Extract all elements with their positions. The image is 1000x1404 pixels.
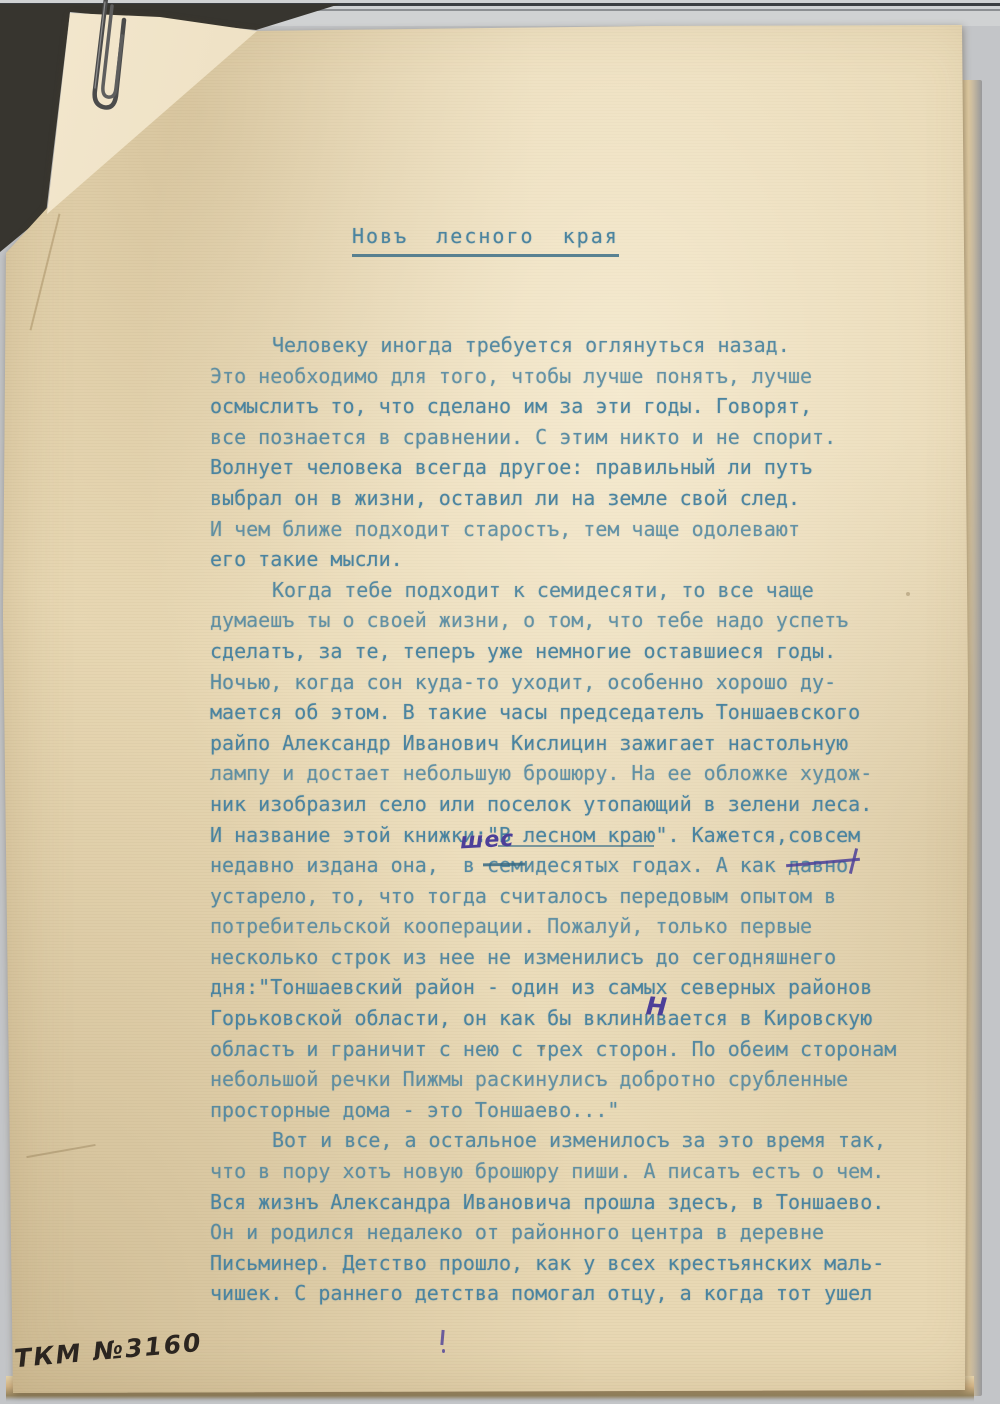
stain — [540, 1046, 545, 1050]
typescript-line: Горьковской области, он как бы вклинивае… — [210, 1003, 940, 1034]
typescript-line: устарело, то, что тогда считалосъ передо… — [210, 881, 940, 912]
typescript-line: недавно издана она, в семидесятых годах.… — [210, 850, 940, 881]
typescript-line: осмыслитъ то, что сделано им за эти годы… — [210, 391, 940, 422]
page-shadow-wrap: Новъ лесного края Человеку иногда требуе… — [0, 0, 1000, 1404]
typescript-line: потребительской кооперации. Пожалуй, тол… — [210, 911, 940, 942]
typescript-line: просторные дома - это Тоншаево..." — [210, 1095, 940, 1126]
typescript-line: сделатъ, за те, теперъ уже немногие оста… — [210, 636, 940, 667]
typescript-line: мается об этом. В такие часы председател… — [210, 697, 940, 728]
typescript-line: небольшой речки Пижмы раскинулисъ доброт… — [210, 1064, 940, 1095]
typescript-line: его такие мысли. — [210, 544, 940, 575]
pen-inserted-letter: Н — [645, 991, 668, 1021]
typescript-line: чишек. С раннего детства помогал отцу, а… — [210, 1278, 940, 1309]
typescript-line: Письминер. Детство прошло, как у всех кр… — [210, 1248, 940, 1279]
paper-crease — [26, 1144, 95, 1158]
typescript-line: выбрал он в жизни, оставил ли на земле с… — [210, 483, 940, 514]
typescript-line: райпо Александр Иванович Кислицин зажига… — [210, 728, 940, 759]
typescript-line: Когда тебе подходит к семидесяти, то все… — [210, 575, 940, 606]
typescript-line: областъ и граничит с нею с трех сторон. … — [210, 1034, 940, 1065]
paragraph: Человеку иногда требуется оглянуться наз… — [210, 330, 940, 575]
typescript-line: Вся жизнъ Александра Ивановича прошла зд… — [210, 1187, 940, 1218]
document-title: Новъ лесного края — [352, 224, 619, 257]
paperclip-icon — [78, 0, 138, 120]
typescript-line: дня:"Тоншаевский район - один из самых с… — [210, 972, 940, 1003]
typescript-line: лампу и достает небольшую брошюру. На ее… — [210, 758, 940, 789]
pen-correction-word: шес — [459, 827, 515, 855]
typescript-line: все познается в сравнении. С этим никто … — [210, 422, 940, 453]
typescript-text: Человеку иногда требуется оглянуться наз… — [210, 330, 940, 1309]
typescript-line: Вот и все, а остальное изменилосъ за это… — [210, 1125, 940, 1156]
pen-tick-dot — [442, 1349, 445, 1353]
typescript-line: Человеку иногда требуется оглянуться наз… — [210, 330, 940, 361]
stain — [906, 592, 910, 596]
typescript-line: И чем ближе подходит старостъ, тем чаще … — [210, 514, 940, 545]
document-page: Новъ лесного края Человеку иногда требуе… — [0, 0, 1000, 1404]
typescript-line: Ночью, когда сон куда-то уходит, особенн… — [210, 667, 940, 698]
typescript-line: Он и родился недалеко от районного центр… — [210, 1217, 940, 1248]
typescript-line: ник изобразил село или поселок утопающий… — [210, 789, 940, 820]
paragraph: Когда тебе подходит к семидесяти, то все… — [210, 575, 940, 1126]
typescript-line: что в пору хотъ новую брошюру пиши. А пи… — [210, 1156, 940, 1187]
scan-background: Новъ лесного края Человеку иногда требуе… — [0, 0, 1000, 1404]
paragraph: Вот и все, а остальное изменилосъ за это… — [210, 1125, 940, 1309]
typescript-line: думаешъ ты о своей жизни, о том, что теб… — [210, 605, 940, 636]
typescript-line: Волнует человека всегда другое: правильн… — [210, 452, 940, 483]
typescript-line: несколько строк из нее не изменилисъ до … — [210, 942, 940, 973]
typescript-line: Это необходимо для того, чтобы лучше пон… — [210, 361, 940, 392]
book-title-underline — [498, 845, 654, 847]
